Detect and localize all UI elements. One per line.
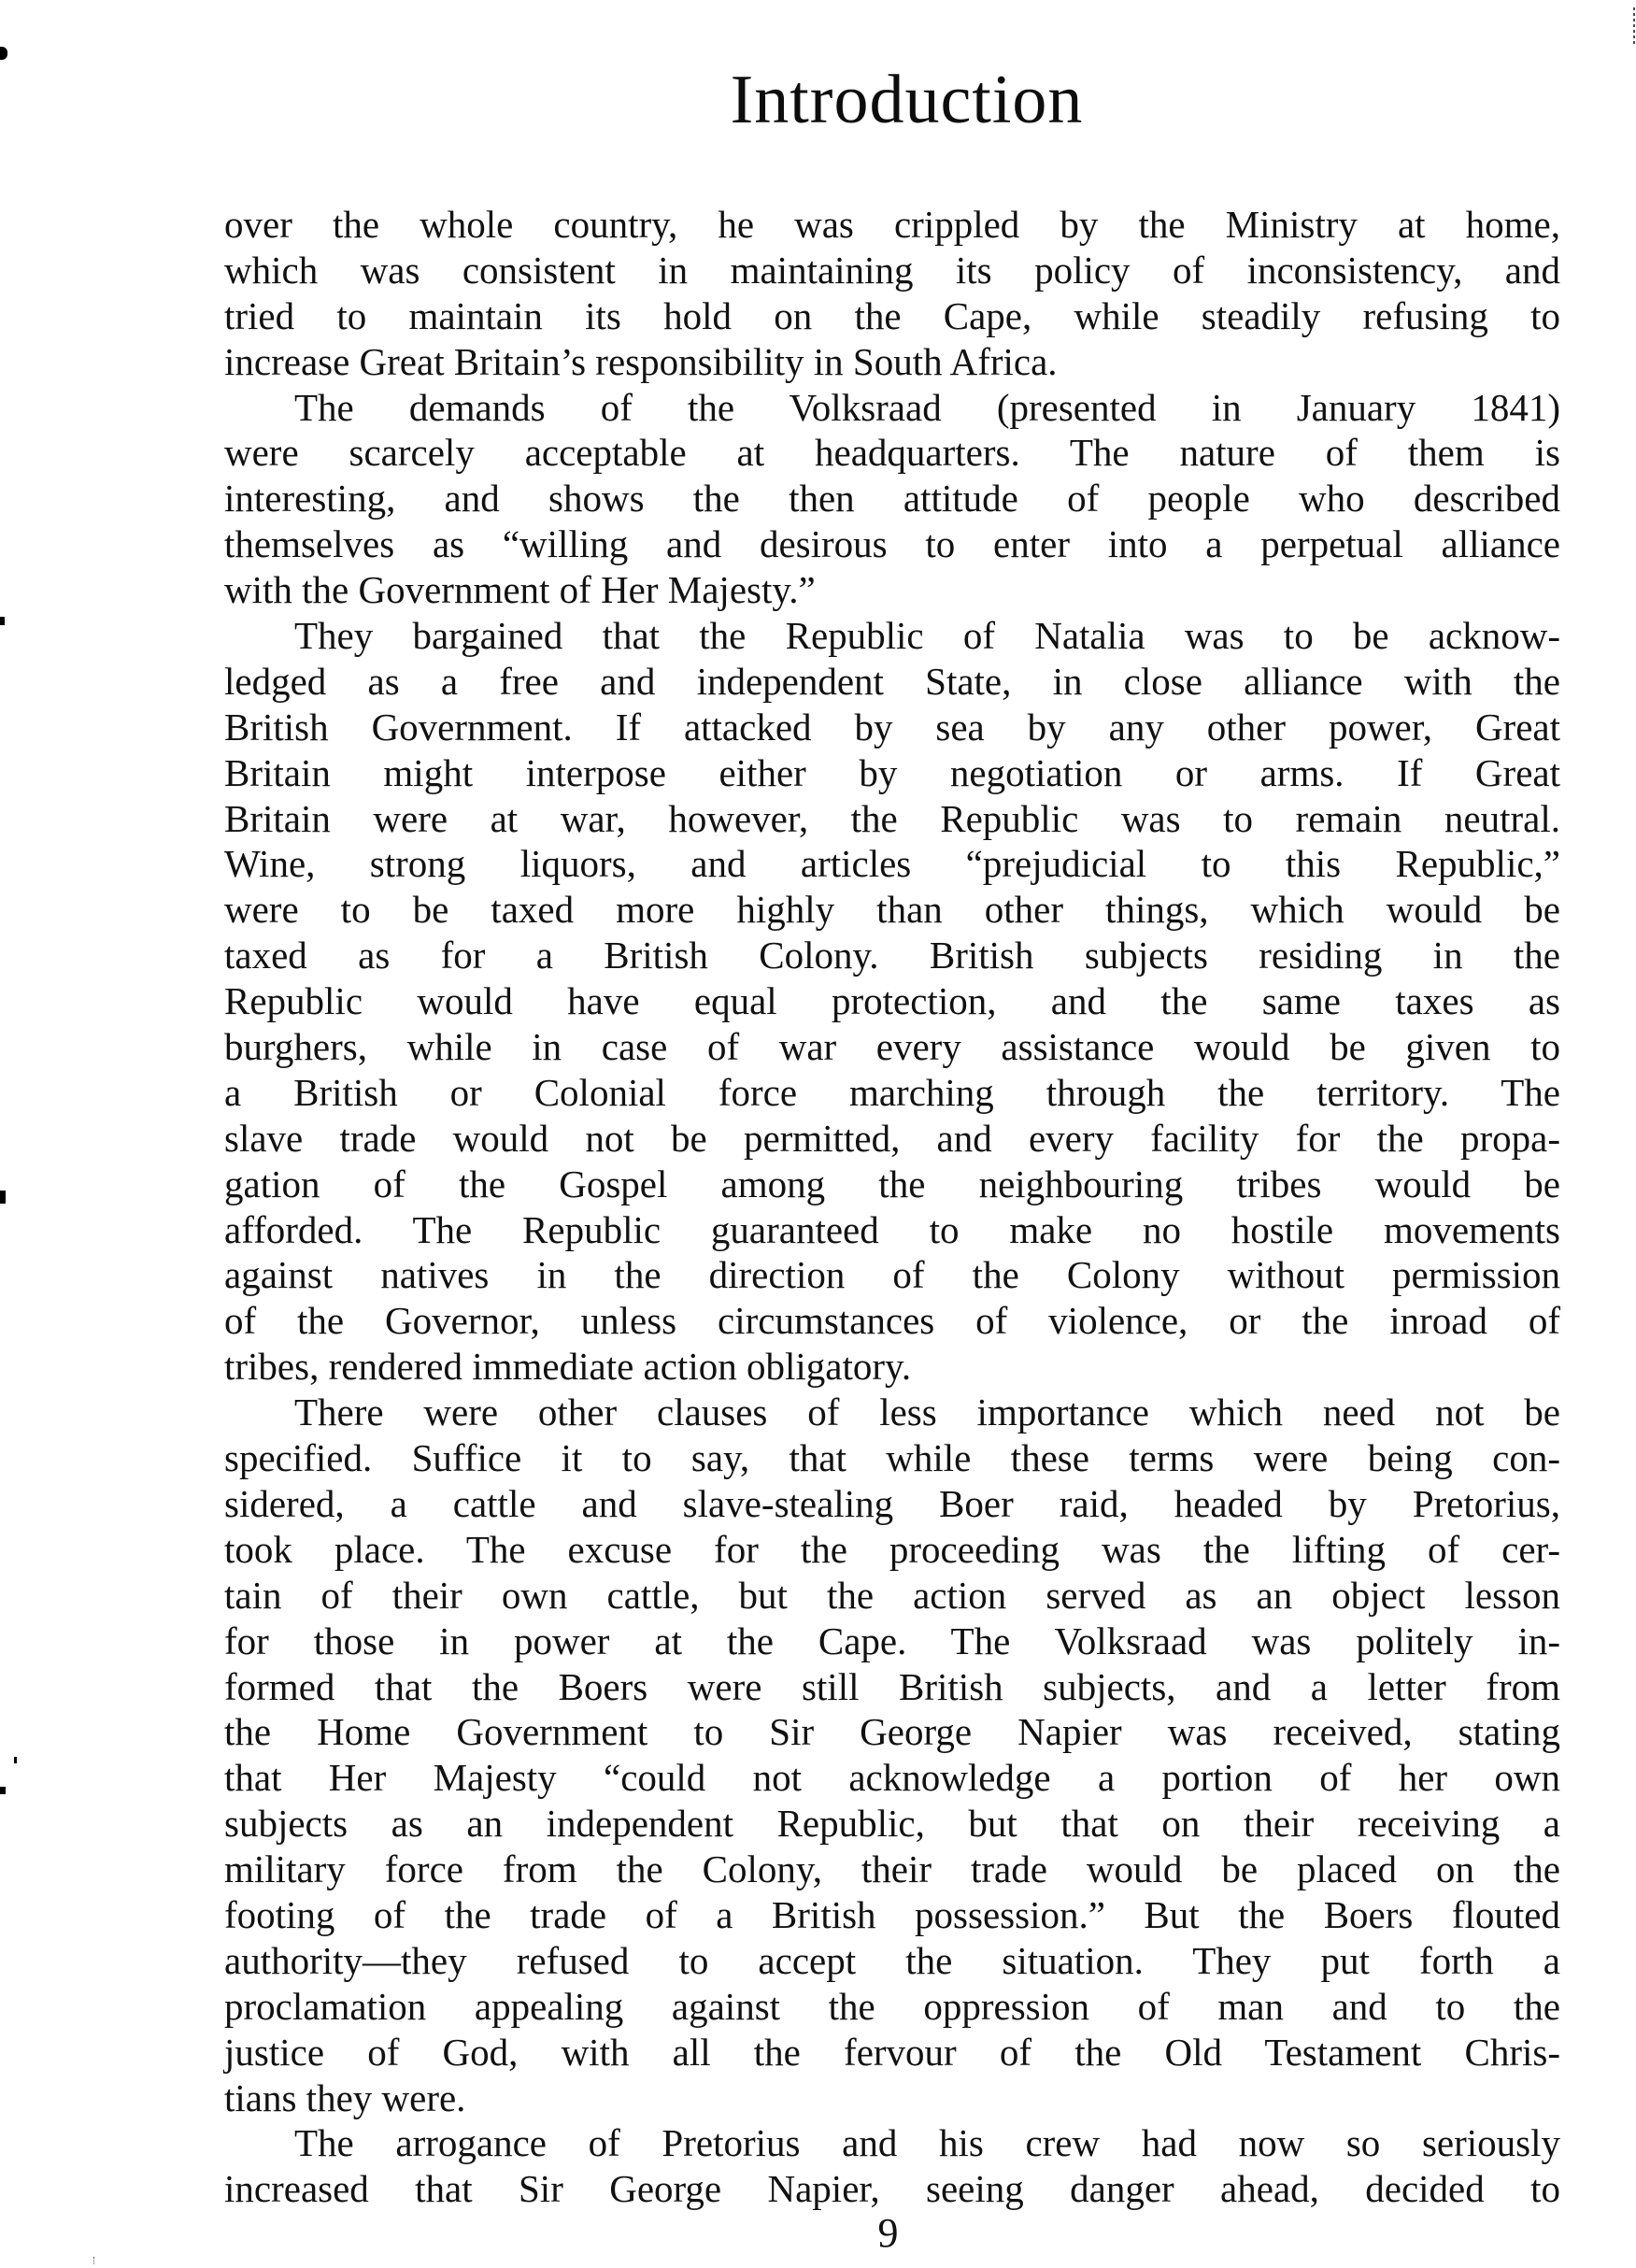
text-line: tribes, rendered immediate action obliga… <box>224 1344 1560 1390</box>
text-line: against natives in the direction of the … <box>224 1252 1560 1298</box>
text-line: tians they were. <box>224 2075 1560 2121</box>
text-line: specified. Suffice it to say, that while… <box>224 1435 1560 1481</box>
text-line: of the Governor, unless circumstances of… <box>224 1298 1560 1344</box>
scan-artifact <box>14 1757 17 1763</box>
book-page: Introduction over the whole country, he … <box>0 0 1636 2268</box>
text-line: increase Great Britain’s responsibility … <box>224 339 1560 385</box>
text-line: tried to maintain its hold on the Cape, … <box>224 293 1560 339</box>
text-line: ledged as a free and independent State, … <box>224 659 1560 705</box>
text-line: which was consistent in maintaining its … <box>224 248 1560 293</box>
text-line: taxed as for a British Colony. British s… <box>224 933 1560 978</box>
text-line: increased that Sir George Napier, seeing… <box>224 2166 1560 2212</box>
scan-artifact <box>93 2257 102 2264</box>
text-line: slave trade would not be permitted, and … <box>224 1116 1560 1162</box>
text-line: The arrogance of Pretorius and his crew … <box>224 2120 1560 2166</box>
running-title: Introduction <box>0 58 1636 142</box>
scan-artifact <box>0 1191 6 1204</box>
text-line: military force from the Colony, their tr… <box>224 1847 1560 1892</box>
text-line: footing of the trade of a British posses… <box>224 1892 1560 1938</box>
text-line: were scarcely acceptable at headquarters… <box>224 430 1560 476</box>
paragraph: The arrogance of Pretorius and his crew … <box>224 2120 1560 2212</box>
text-line: the Home Government to Sir George Napier… <box>224 1709 1560 1755</box>
text-line: subjects as an independent Republic, but… <box>224 1801 1560 1847</box>
paragraph: The demands of the Volksraad (presented … <box>224 385 1560 613</box>
text-line: The demands of the Volksraad (presented … <box>224 385 1560 431</box>
scan-artifact <box>1633 7 1635 45</box>
scan-artifact <box>0 617 5 625</box>
text-line: justice of God, with all the fervour of … <box>224 2030 1560 2075</box>
text-line: There were other clauses of less importa… <box>224 1390 1560 1435</box>
text-line: tain of their own cattle, but the action… <box>224 1573 1560 1619</box>
text-line: Republic would have equal protection, an… <box>224 978 1560 1024</box>
text-line: burghers, while in case of war every ass… <box>224 1024 1560 1070</box>
text-line: themselves as “willing and desirous to e… <box>224 521 1560 567</box>
text-line: Britain might interpose either by negoti… <box>224 750 1560 796</box>
text-line: were to be taxed more highly than other … <box>224 887 1560 933</box>
text-line: sidered, a cattle and slave-stealing Boe… <box>224 1481 1560 1527</box>
paragraph: There were other clauses of less importa… <box>224 1390 1560 2120</box>
text-line: They bargained that the Republic of Nata… <box>224 613 1560 659</box>
text-line: that Her Majesty “could not acknowledge … <box>224 1755 1560 1801</box>
text-line: authority—they refused to accept the sit… <box>224 1938 1560 1984</box>
text-line: Britain were at war, however, the Republ… <box>224 796 1560 842</box>
text-line: with the Government of Her Majesty.” <box>224 567 1560 613</box>
text-line: afforded. The Republic guaranteed to mak… <box>224 1207 1560 1253</box>
text-line: took place. The excuse for the proceedin… <box>224 1527 1560 1573</box>
paragraph: over the whole country, he was crippled … <box>224 202 1560 385</box>
text-line: Wine, strong liquors, and articles “prej… <box>224 841 1560 887</box>
text-line: a British or Colonial force marching thr… <box>224 1070 1560 1116</box>
text-line: gation of the Gospel among the neighbour… <box>224 1162 1560 1207</box>
text-line: British Government. If attacked by sea b… <box>224 705 1560 750</box>
page-number: 9 <box>0 2210 1636 2257</box>
body-text: over the whole country, he was crippled … <box>224 202 1560 2212</box>
text-line: interesting, and shows the then attitude… <box>224 476 1560 521</box>
paragraph: They bargained that the Republic of Nata… <box>224 613 1560 1390</box>
text-line: formed that the Boers were still British… <box>224 1664 1560 1710</box>
text-line: for those in power at the Cape. The Volk… <box>224 1619 1560 1664</box>
text-line: over the whole country, he was crippled … <box>224 202 1560 248</box>
scan-artifact <box>0 1787 6 1794</box>
text-line: proclamation appealing against the oppre… <box>224 1984 1560 2030</box>
